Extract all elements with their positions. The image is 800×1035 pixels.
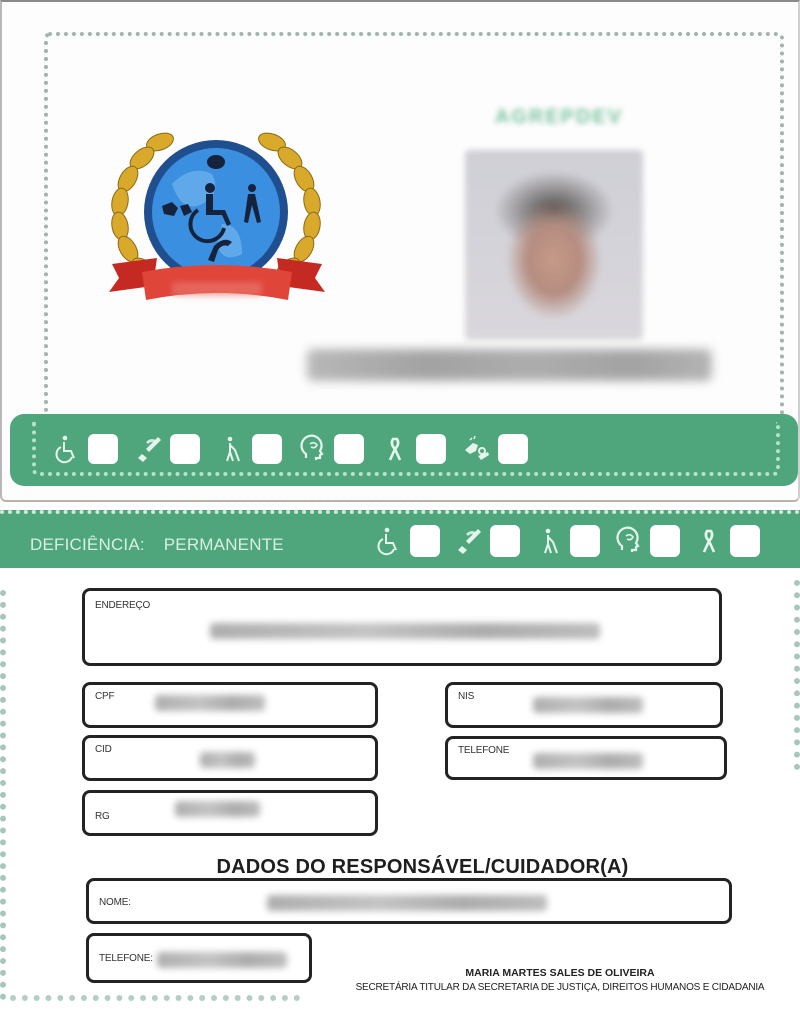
guardian-phone-field: TELEFONE: [86,933,312,983]
checkbox-intellectual[interactable] [334,434,364,464]
organization-name: AGREPDEV [454,106,664,132]
hearing-impaired-icon [452,524,486,558]
guardian-name-label: NOME: [99,897,131,908]
card-back: DEFICIÊNCIA: PERMANENTE ENDEREÇO CPF NIS… [0,510,800,1035]
brain-icon [296,432,330,466]
dotted-border-right [792,580,800,770]
brain-icon [612,524,646,558]
guardian-name-field: NOME: [86,878,732,924]
awareness-ribbon-icon [692,524,726,558]
cid-value-redacted [200,752,255,768]
nis-field: NIS [445,682,723,728]
guardian-phone-label: TELEFONE: [99,953,153,964]
signer-name: MARIA MARTES SALES DE OLIVEIRA [320,967,800,979]
checkbox-hearing[interactable] [170,434,200,464]
guardian-name-value-redacted [267,895,547,911]
signer-role: SECRETÁRIA TITULAR DA SECRETARIA DE JUST… [320,982,800,993]
dotted-border-left [0,590,8,1000]
hearing-impaired-icon [132,432,166,466]
checkbox-autism[interactable] [730,525,760,557]
address-label: ENDEREÇO [95,600,150,611]
checkbox-sign-language[interactable] [498,434,528,464]
rg-value-redacted [175,801,260,817]
checkbox-hearing[interactable] [490,525,520,557]
holder-photo [465,150,643,340]
checkbox-autism[interactable] [416,434,446,464]
rg-field: RG [82,790,378,836]
phone-value-redacted [533,753,643,769]
checkbox-visual[interactable] [252,434,282,464]
cid-label: CID [95,744,112,755]
dotted-border-bottom [10,995,300,1001]
checkbox-physical[interactable] [410,525,440,557]
holder-name-redacted [307,349,712,381]
awareness-ribbon-icon [378,432,412,466]
rg-label: RG [95,811,110,822]
cpf-value-redacted [155,695,265,711]
blind-person-icon [214,432,248,466]
phone-label: TELEFONE [458,745,509,756]
guardian-section-title: DADOS DO RESPONSÁVEL/CUIDADOR(A) [0,856,800,879]
wheelchair-icon [50,432,84,466]
checkbox-visual[interactable] [570,525,600,557]
sign-language-icon [460,432,494,466]
address-field: ENDEREÇO [82,588,722,666]
checkbox-physical[interactable] [88,434,118,464]
address-value-redacted [210,623,600,639]
cpf-field: CPF [82,682,378,728]
nis-value-redacted [533,697,643,713]
deficiency-value: PERMANENTE [164,535,284,554]
blind-person-icon [532,524,566,558]
nis-label: NIS [458,691,474,702]
card-front: AGREPDEV [0,0,800,502]
back-disability-checkboxes [372,522,772,560]
organization-logo [102,124,332,314]
guardian-phone-value-redacted [157,952,287,968]
signature-block: MARIA MARTES SALES DE OLIVEIRA SECRETÁRI… [320,967,800,993]
deficiency-label: DEFICIÊNCIA: [30,535,145,554]
cpf-label: CPF [95,691,114,702]
wheelchair-icon [372,524,406,558]
front-disability-checkboxes [50,428,542,470]
checkbox-intellectual[interactable] [650,525,680,557]
cid-field: CID [82,735,378,781]
phone-field: TELEFONE [445,736,727,780]
